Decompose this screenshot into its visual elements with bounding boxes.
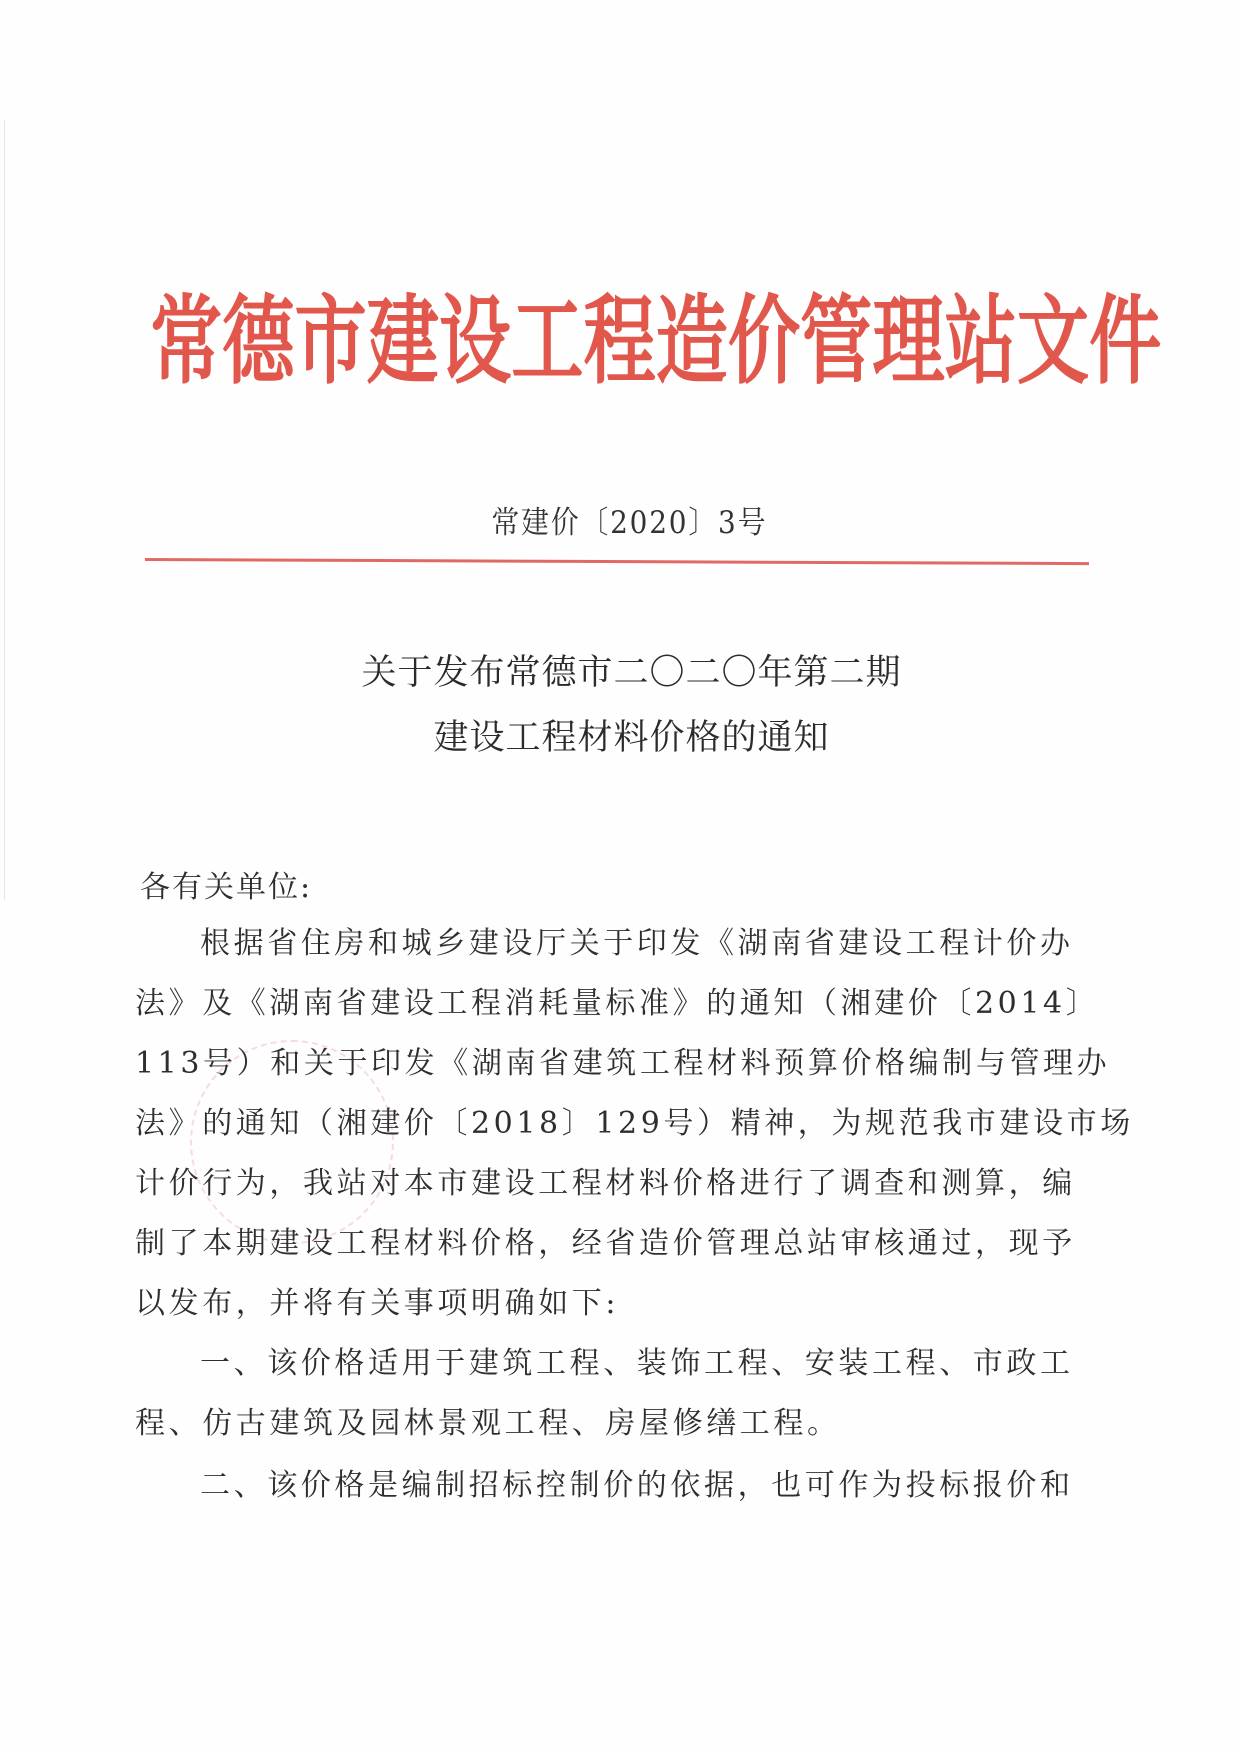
document-number-text: 常建价〔2020〕3号 <box>492 497 768 542</box>
body-line: 法》的通知（湘建价〔2018〕129号）精神，为规范我市建设市场 <box>135 1098 1085 1142</box>
header-char: 管 <box>800 264 872 403</box>
header-char: 程 <box>583 264 655 403</box>
header-char: 站 <box>945 264 1017 403</box>
header-char: 价 <box>728 264 800 403</box>
header-char: 设 <box>439 264 511 403</box>
header-char: 文 <box>1017 264 1089 403</box>
header-char: 常 <box>150 264 222 403</box>
body-line: 法》及《湖南省建设工程消耗量标准》的通知（湘建价〔2014〕 <box>135 978 1085 1022</box>
body-line: 113号）和关于印发《湖南省建筑工程材料预算价格编制与管理办 <box>135 1038 1085 1082</box>
notice-title-line-1: 关于发布常德市二〇二〇年第二期 <box>12 645 1239 695</box>
notice-title-line-2: 建设工程材料价格的通知 <box>12 710 1239 760</box>
body-line: 根据省住房和城乡建设厅关于印发《湖南省建设工程计价办 <box>200 918 1085 962</box>
salutation: 各有关单位: <box>140 862 312 906</box>
body-line: 以发布，并将有关事项明确如下: <box>135 1278 1085 1322</box>
header-char: 工 <box>511 264 583 403</box>
header-char: 件 <box>1089 264 1161 403</box>
header-char: 市 <box>294 264 366 403</box>
document-page: 常 德 市 建 设 工 程 造 价 管 理 站 文 件 常建价〔2020〕3号 … <box>0 0 1239 1752</box>
body-line: 制了本期建设工程材料价格，经省造价管理总站审核通过，现予 <box>135 1218 1085 1262</box>
header-char: 造 <box>656 264 728 403</box>
body-line: 计价行为，我站对本市建设工程材料价格进行了调查和测算，编 <box>135 1158 1085 1202</box>
body-line: 一、该价格适用于建筑工程、装饰工程、安装工程、市政工 <box>200 1338 1085 1382</box>
header-char: 德 <box>222 264 294 403</box>
document-number: 常建价〔2020〕3号 <box>0 497 1239 542</box>
header-char: 建 <box>367 264 439 403</box>
body-line: 程、仿古建筑及园林景观工程、房屋修缮工程。 <box>135 1398 1085 1442</box>
red-divider-line <box>145 558 1089 565</box>
header-char: 理 <box>872 264 944 403</box>
issuing-authority-header: 常 德 市 建 设 工 程 造 价 管 理 站 文 件 <box>150 260 940 406</box>
body-line: 二、该价格是编制招标控制价的依据，也可作为投标报价和 <box>200 1460 1085 1504</box>
